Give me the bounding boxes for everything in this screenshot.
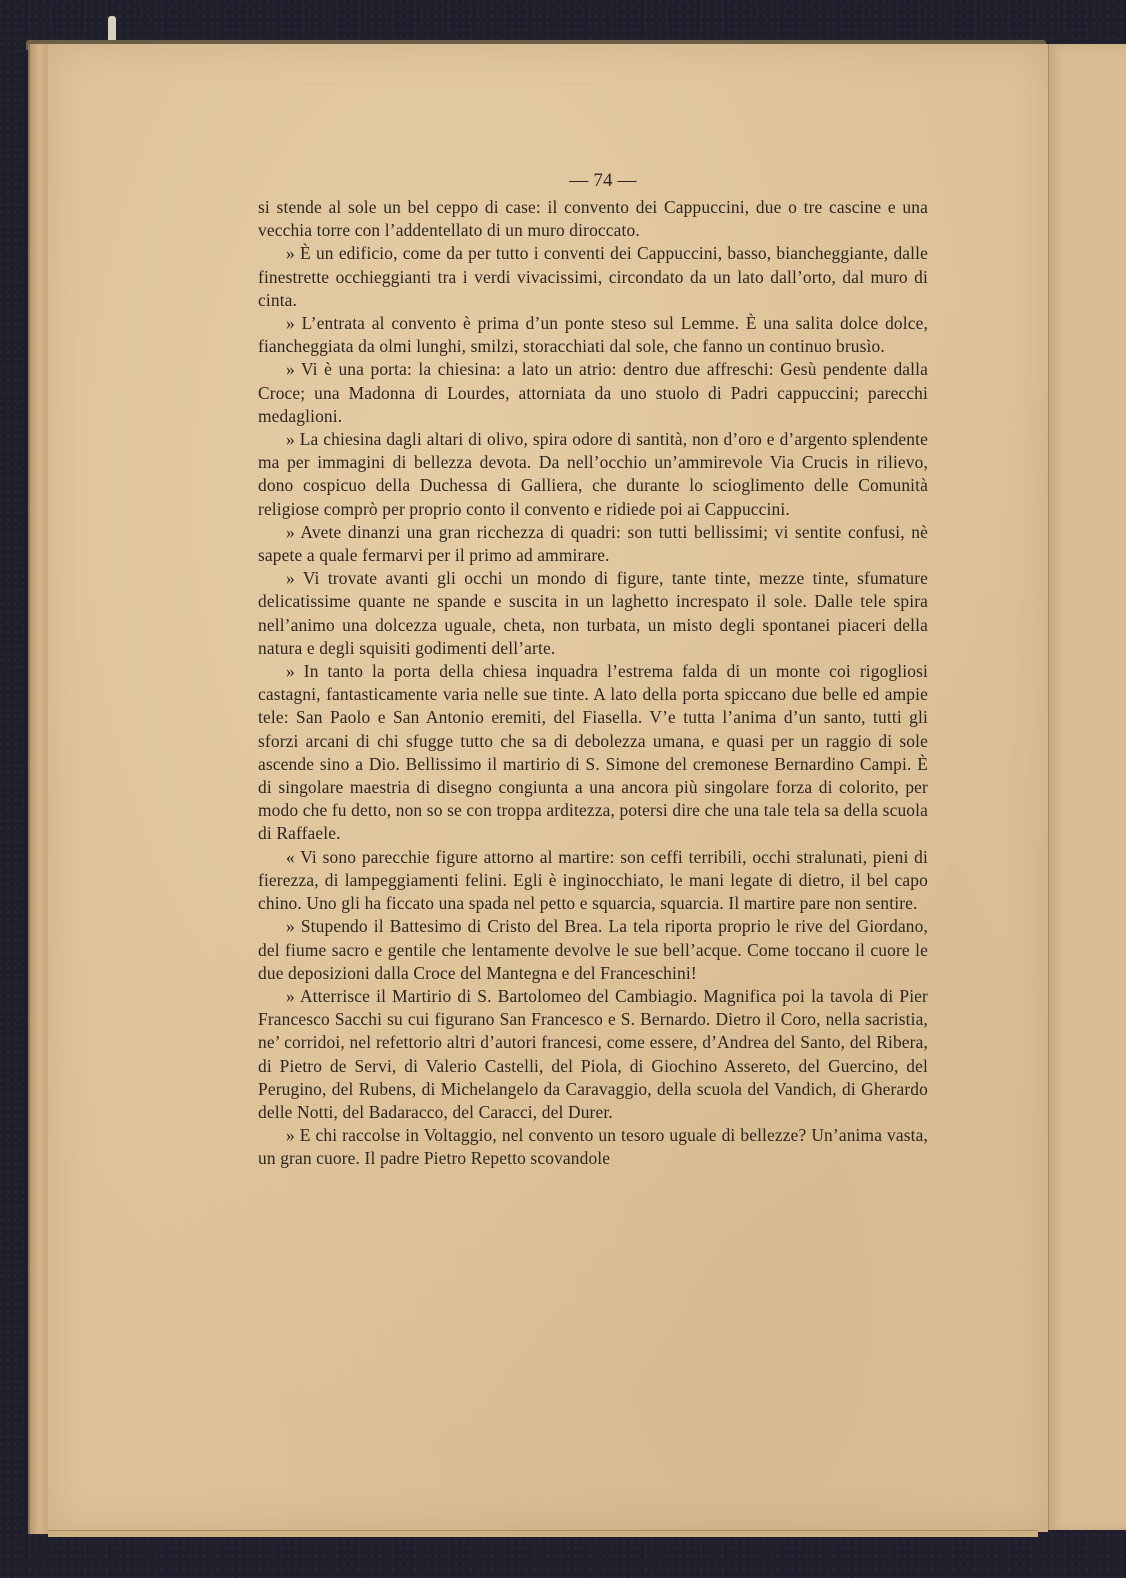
page-bottom-edge — [48, 1530, 1038, 1537]
paragraph: » Stupendo il Battesimo di Cristo del Br… — [258, 915, 928, 985]
page-number: — 74 — — [258, 168, 928, 194]
paragraph: si stende al sole un bel ceppo di case: … — [258, 196, 928, 242]
paragraph: » E chi raccolse in Voltaggio, nel conve… — [258, 1124, 928, 1170]
paragraph: » Vi trovate avanti gli occhi un mondo d… — [258, 567, 928, 660]
paragraph: » La chiesina dagli altari di olivo, spi… — [258, 428, 928, 521]
facing-page-edge — [1048, 44, 1126, 1530]
paragraph: » L’entrata al convento è prima d’un pon… — [258, 312, 928, 358]
bookmark-tab — [108, 16, 116, 40]
paragraph: » Avete dinanzi una gran ricchezza di qu… — [258, 521, 928, 567]
page-text: — 74 — si stende al sole un bel ceppo di… — [258, 168, 928, 1171]
paragraph: » Atterrisce il Martirio di S. Bartolome… — [258, 985, 928, 1124]
paragraph: » In tanto la porta della chiesa inquadr… — [258, 660, 928, 846]
paragraph: » Vi è una porta: la chiesina: a lato un… — [258, 358, 928, 428]
paragraph: » È un edificio, come da per tutto i con… — [258, 242, 928, 312]
paragraph: « Vi sono parecchie figure attorno al ma… — [258, 846, 928, 916]
